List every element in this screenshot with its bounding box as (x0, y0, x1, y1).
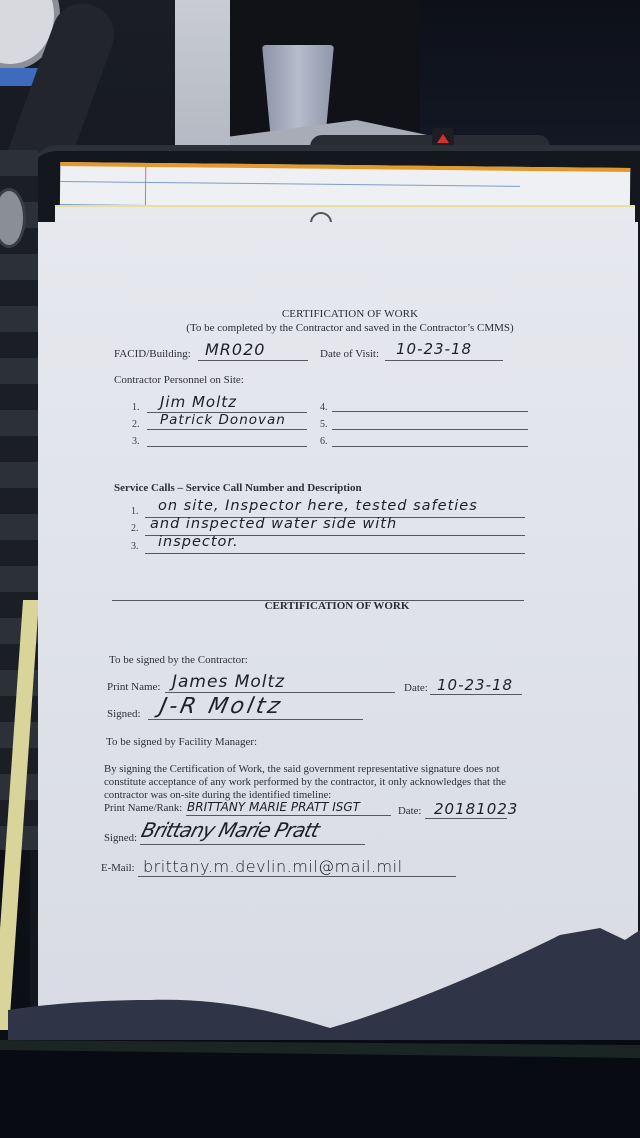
email-label: E-Mail: (101, 862, 135, 874)
personnel-2[interactable]: Patrick Donovan (160, 412, 286, 428)
manager-date[interactable]: 20181023 (434, 800, 518, 818)
service-call-3[interactable]: inspector. (158, 534, 239, 550)
disclaimer-line-1: By signing the Certification of Work, th… (104, 763, 500, 775)
date-of-visit-value[interactable]: 10-23-18 (396, 340, 472, 358)
contractor-print-name[interactable]: James Moltz (172, 672, 285, 692)
service-calls-label: Service Calls – Service Call Number and … (114, 482, 362, 494)
disclaimer-line-2: constitute acceptance of any work perfor… (104, 776, 506, 788)
manager-signed-label: Signed: (104, 832, 137, 844)
print-name-rank-label: Print Name/Rank: (104, 802, 182, 814)
date-of-visit-label: Date of Visit: (320, 348, 379, 360)
personnel-label: Contractor Personnel on Site: (114, 374, 244, 386)
manager-date-label: Date: (398, 805, 421, 817)
contractor-date[interactable]: 10-23-18 (437, 676, 513, 694)
certification-of-work-form: CERTIFICATION OF WORK (To be completed b… (0, 0, 640, 1138)
contractor-signed-label: Signed: (107, 708, 141, 720)
manager-email[interactable]: brittany.m.devlin.mil@mail.mil (143, 857, 403, 876)
contractor-date-label: Date: (404, 682, 428, 694)
service-call-1[interactable]: on site, Inspector here, tested safeties (158, 498, 478, 514)
form-subtitle: (To be completed by the Contractor and s… (30, 322, 640, 334)
form-title: CERTIFICATION OF WORK (30, 308, 640, 320)
contractor-signature[interactable]: J-R Moltz (157, 694, 285, 719)
facid-label: FACID/Building: (114, 348, 191, 360)
facility-manager-sign-label: To be signed by Facility Manager: (106, 736, 257, 748)
contractor-sign-label: To be signed by the Contractor: (109, 654, 248, 666)
service-call-2[interactable]: and inspected water side with (150, 516, 397, 532)
certification-section-title: CERTIFICATION OF WORK (17, 600, 640, 612)
personnel-1[interactable]: Jim Moltz (160, 393, 237, 411)
manager-signature[interactable]: Brittany Marie Pratt (139, 818, 322, 842)
facid-value[interactable]: MR020 (205, 340, 265, 359)
manager-print-name-rank[interactable]: BRITTANY MARIE PRATT ISGT (187, 800, 360, 814)
print-name-label: Print Name: (107, 681, 160, 693)
